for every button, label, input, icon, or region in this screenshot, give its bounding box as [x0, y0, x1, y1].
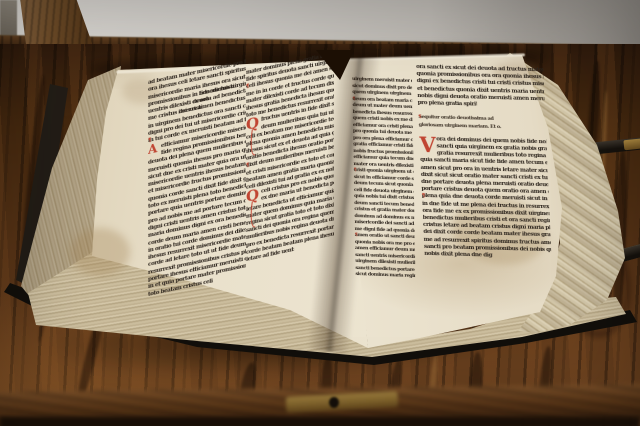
photo-vignette: [0, 0, 640, 426]
museum-photo-open-medieval-book: ad beatam mater misericordie pro beatam …: [0, 0, 640, 426]
